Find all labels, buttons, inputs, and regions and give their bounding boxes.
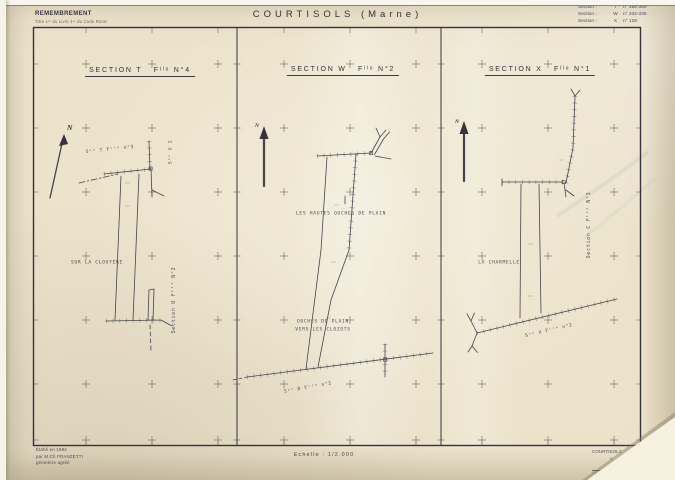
section-ref-row: Section : X n° 128 (578, 18, 663, 25)
neighbor-sheet-label: Sᵒⁿ U 1 (169, 140, 174, 164)
fork-w (371, 128, 391, 159)
panel-sheet: Fˡˡᵉ N°1 (554, 66, 591, 73)
program-title: REMEMBREMENT (35, 11, 92, 17)
scan-edge-left (0, 0, 6, 480)
scan-edge-top (0, 0, 675, 6)
ref-label: Section : (578, 18, 608, 25)
lieu-dit-label: VERS LES CLOZOTS (295, 328, 350, 333)
panel-dividers (237, 28, 441, 446)
surveyor-name: par M.Ch FRANZETTI (36, 454, 83, 461)
ref-letter: W (612, 11, 619, 18)
ref-numbers: n° 332-335 (623, 11, 663, 18)
road-diagonal-w (247, 353, 433, 377)
north-arrow-icon (260, 126, 269, 186)
panel-title: SECTION T (89, 67, 142, 74)
surveyor-title: géomètre agréé (36, 460, 83, 467)
parcel-strip-w (306, 154, 356, 369)
parcel-strip-x (520, 184, 541, 318)
north-label: N (255, 123, 259, 129)
north-arrow-icon (460, 121, 469, 181)
program-subtitle: Titre 1ᵉʳ du Livre 1ᵉʳ du Code Rural (35, 19, 107, 24)
fork-x (564, 183, 574, 197)
ref-letter: X (612, 18, 619, 25)
limit-dashed-line (79, 174, 118, 183)
section-ref-row: Section : W n° 332-335 (578, 11, 663, 18)
lieu-dit-label: LES HAUTES OUCHES DE PLAIN (296, 212, 386, 217)
panel-header-t: SECTION T Fˡˡᵉ N°4 (85, 67, 195, 77)
panel-header-w: SECTION W Fˡˡᵉ N°2 (287, 66, 399, 76)
small-parcel-t (148, 289, 154, 320)
panel-title: SECTION W (291, 66, 347, 73)
ref-numbers: n° 128 (623, 18, 663, 25)
ref-label: Section : (578, 11, 608, 18)
scale-label: Echelle : 1/2.000 (294, 452, 355, 458)
register-cross-grid (34, 28, 642, 446)
panel-title: SECTION X (489, 66, 543, 73)
scanned-cadastral-map: REMEMBREMENT Titre 1ᵉʳ du Livre 1ᵉʳ du C… (0, 0, 675, 480)
parcel-number-marks (125, 160, 563, 318)
fork-x-west (467, 313, 478, 353)
section-reference-block: Section : T n° 366-369 Section : W n° 33… (578, 4, 663, 26)
north-arrow-icon (50, 134, 68, 198)
neighbor-section-label: Section C Fˡˡᵉ N°3 (586, 192, 592, 259)
page-title: COURTISOLS (Marne) (253, 9, 422, 20)
surveyor-block: Établi en 1982 par M.Ch FRANZETTI géomèt… (36, 447, 83, 467)
lieu-dit-label: LA CHARMELLE (478, 261, 520, 266)
established-year: Établi en 1982 (36, 447, 83, 454)
path-dashed-t (150, 325, 151, 351)
road-dashed-lead (233, 377, 247, 380)
lieu-dit-label: OUCHES DE PLAIN (297, 320, 349, 325)
parcel-strip-t (115, 174, 139, 320)
lieu-dit-label: SUR LA CLOUYÈRE (71, 261, 123, 266)
north-label: N (67, 123, 72, 132)
north-label: N (455, 119, 459, 125)
road-top-x (502, 179, 563, 186)
panel-header-x: SECTION X Fˡˡᵉ N°1 (485, 66, 595, 76)
panel-sheet: Fˡˡᵉ N°4 (154, 67, 191, 74)
map-frame (34, 28, 641, 446)
road-bottom-t (106, 320, 172, 326)
neighbor-section-label: Section U Fˡˡᵉ N°2 (171, 267, 177, 334)
panel-sheet: Fˡˡᵉ N°2 (358, 66, 395, 73)
